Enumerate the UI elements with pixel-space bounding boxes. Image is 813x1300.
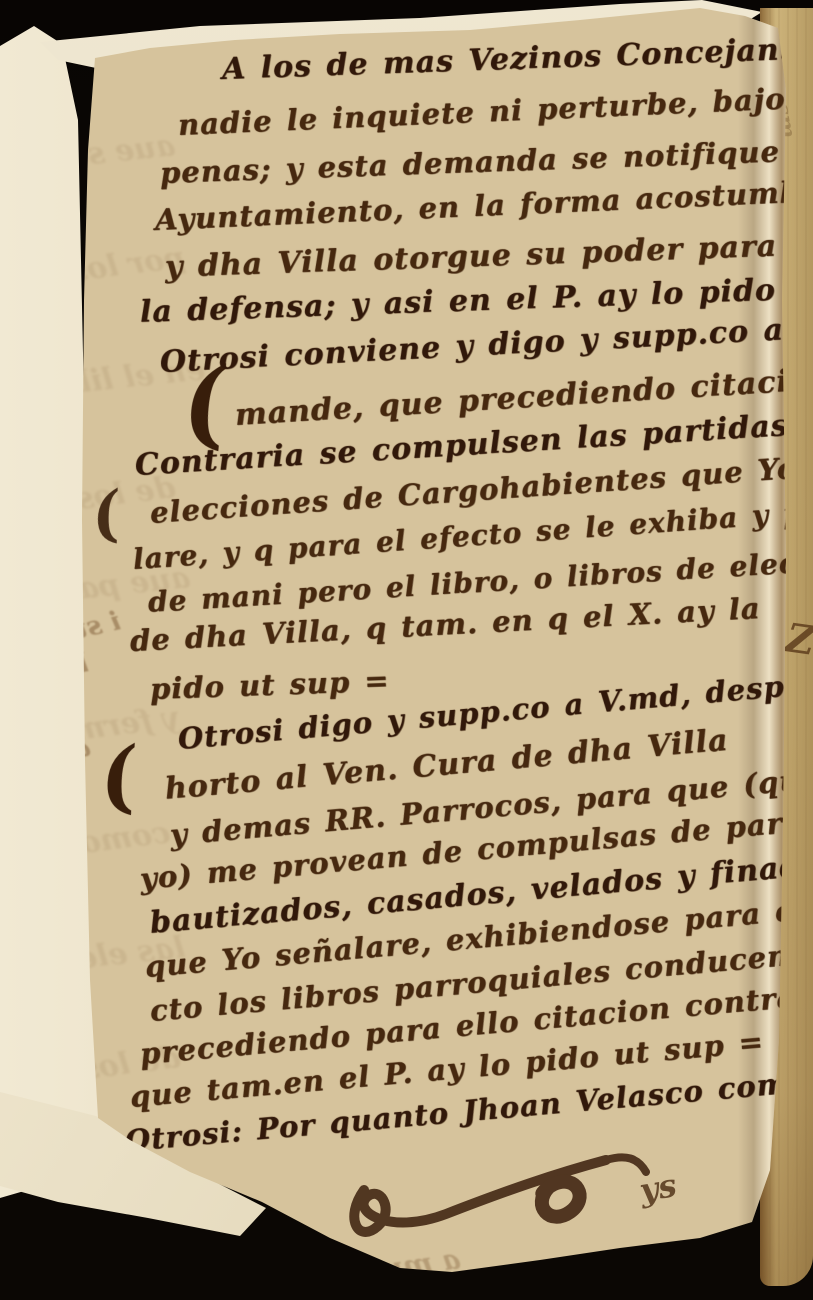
adjacent-page-ink-mark: Z <box>783 614 813 665</box>
manuscript-page: aue se liso en el asunta mento por los s… <box>0 0 813 1300</box>
manuscript-photo: Z sm aue se liso en el asunta mento por … <box>0 0 813 1300</box>
margin-brace-stroke: ( <box>95 737 142 819</box>
ink-flourish-paraph <box>330 1128 690 1268</box>
text-line: pido ut sup = <box>149 664 390 706</box>
